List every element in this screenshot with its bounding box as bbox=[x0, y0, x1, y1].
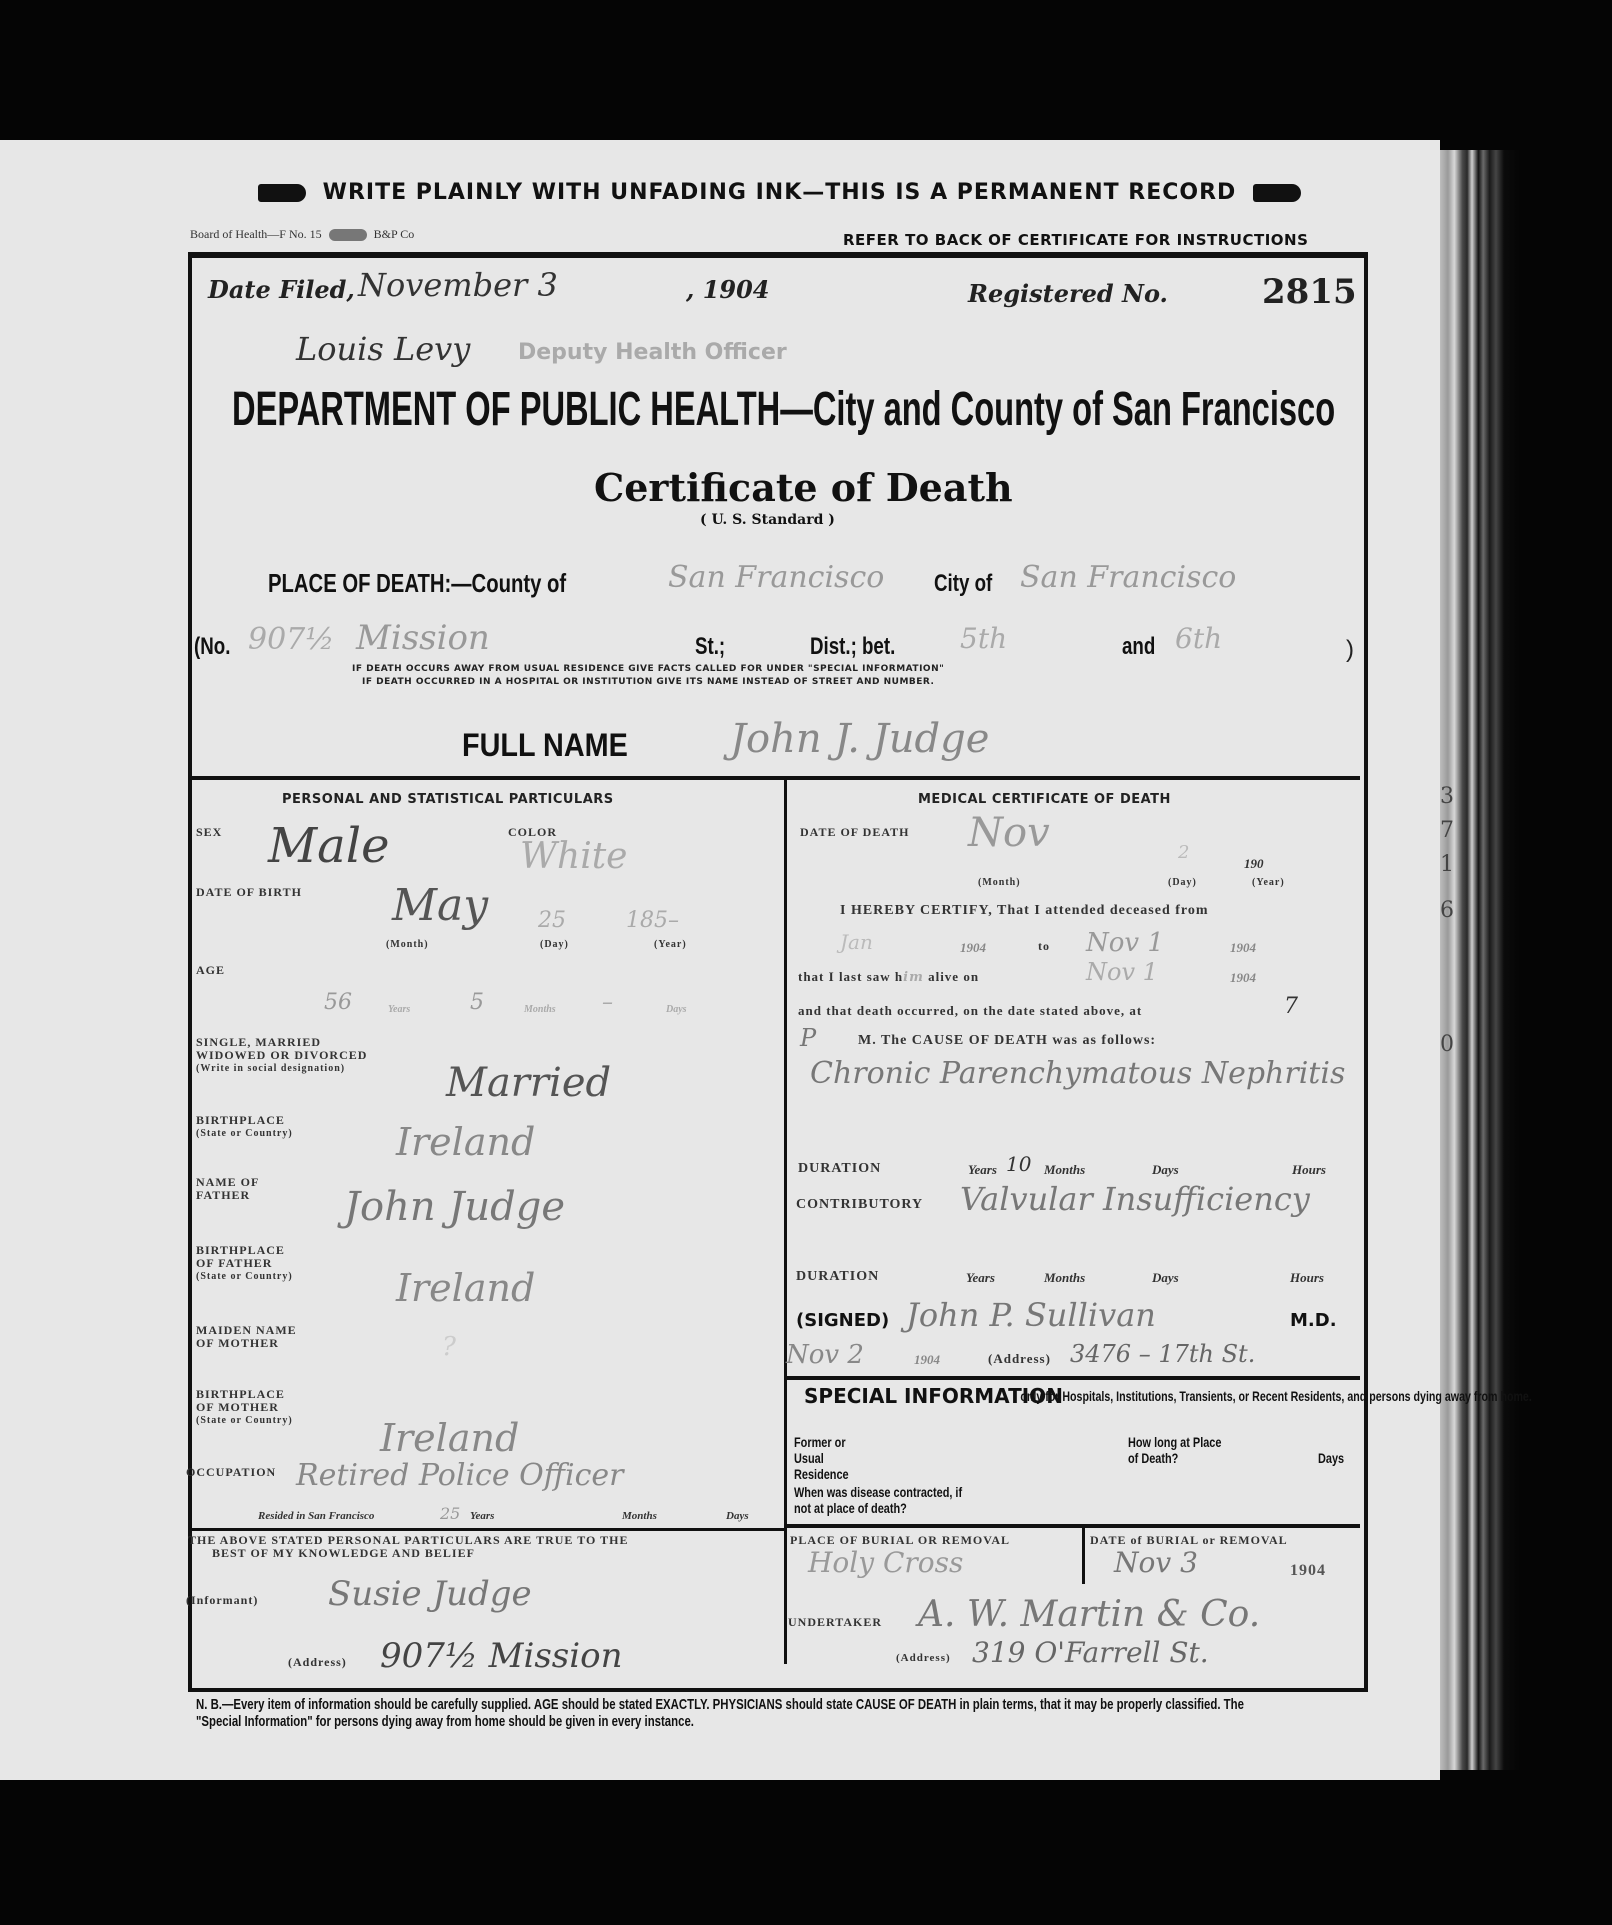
attended-to: Nov 1 bbox=[1086, 928, 1164, 958]
special-divider bbox=[784, 1376, 1360, 1380]
duration-months-value: 10 bbox=[1006, 1152, 1031, 1176]
date-of-death-day: 2 bbox=[1178, 842, 1189, 863]
burial-divider bbox=[784, 1524, 1360, 1528]
physician-signature: John P. Sullivan bbox=[906, 1296, 1156, 1334]
birthplace-label-line: BIRTHPLACE bbox=[196, 1114, 293, 1127]
signed-year: 1904 bbox=[914, 1352, 940, 1368]
age-days-caption: Days bbox=[666, 1004, 687, 1015]
date-filed-value: November 3 bbox=[358, 266, 558, 304]
mother-label-line: OF MOTHER bbox=[196, 1337, 297, 1350]
attended-from: Jan bbox=[840, 930, 873, 954]
district-label: Dist.; bet. bbox=[810, 633, 895, 661]
duration-2-days-caption: Days bbox=[1152, 1270, 1179, 1286]
and-label: and bbox=[1122, 633, 1155, 661]
date-of-death-year: 190 bbox=[1244, 856, 1264, 872]
form-id: Board of Health—F No. 15 B&P Co bbox=[190, 227, 414, 242]
registered-number: 2815 bbox=[1262, 272, 1357, 312]
city-value: San Francisco bbox=[1020, 560, 1236, 595]
margin-mark: 3 bbox=[1440, 780, 1470, 814]
union-label-icon bbox=[329, 229, 367, 241]
attended-to-year: 1904 bbox=[1230, 940, 1256, 956]
informant-label: (Informant) bbox=[186, 1594, 258, 1607]
street-number: 907½ bbox=[248, 622, 334, 657]
sex-value: Male bbox=[268, 818, 390, 874]
cause-of-death: Chronic Parenchymatous Nephritis bbox=[810, 1056, 1345, 1091]
last-saw-year: 1904 bbox=[1230, 970, 1256, 986]
dob-day-caption: (Day) bbox=[540, 938, 569, 951]
contributory-cause: Valvular Insufficiency bbox=[960, 1180, 1310, 1218]
dob-label: DATE OF BIRTH bbox=[196, 886, 302, 899]
margin-annotations: 3 7 1 6 0 bbox=[1440, 780, 1470, 1062]
between-street-1: 5th bbox=[960, 622, 1007, 655]
age-months-caption: Months bbox=[524, 1004, 556, 1015]
mother-name-label: MAIDEN NAME OF MOTHER bbox=[196, 1324, 297, 1350]
burial-column-divider bbox=[1082, 1528, 1085, 1584]
burial-place: Holy Cross bbox=[808, 1546, 963, 1579]
deputy-signature: Louis Levy bbox=[296, 330, 470, 368]
close-paren: ) bbox=[1346, 636, 1354, 664]
dod-year-caption: (Year) bbox=[1252, 876, 1285, 889]
between-street-2: 6th bbox=[1175, 622, 1222, 655]
certify-text: I HEREBY CERTIFY, That I attended deceas… bbox=[840, 904, 1209, 917]
certificate-title: Certificate of Death bbox=[594, 465, 1013, 510]
mother-birthplace-value: Ireland bbox=[380, 1416, 519, 1460]
time-of-death: 7 bbox=[1284, 994, 1298, 1019]
occupation-label: OCCUPATION bbox=[186, 1466, 276, 1479]
personal-heading: PERSONAL AND STATISTICAL PARTICULARS bbox=[282, 792, 614, 807]
street-name: Mission bbox=[356, 618, 490, 658]
mother-bp-label-line: OF MOTHER bbox=[196, 1401, 293, 1414]
duration-2-hours-caption: Hours bbox=[1290, 1270, 1324, 1286]
city-label: City of bbox=[934, 570, 992, 598]
attest-line: BEST OF MY KNOWLEDGE AND BELIEF bbox=[188, 1547, 628, 1560]
street-label: St.; bbox=[695, 633, 725, 661]
sex-label: SEX bbox=[196, 826, 222, 839]
attest-divider bbox=[190, 1528, 784, 1531]
pointing-hand-icon bbox=[258, 184, 306, 202]
duration-years-caption: Years bbox=[968, 1162, 997, 1178]
section-divider bbox=[190, 776, 1360, 780]
permanent-record-banner: WRITE PLAINLY WITH UNFADING INK—THIS IS … bbox=[250, 180, 1309, 205]
mother-name-value: ? bbox=[442, 1332, 456, 1362]
banner-text: WRITE PLAINLY WITH UNFADING INK—THIS IS … bbox=[323, 180, 1237, 205]
md-label: M.D. bbox=[1290, 1310, 1337, 1331]
alive-on-text: alive on bbox=[928, 969, 979, 984]
special-subheading: only for Hospitals, Institutions, Transi… bbox=[800, 1388, 1568, 1405]
marital-label-line: (Write in social designation) bbox=[196, 1062, 367, 1075]
father-name-value: John Judge bbox=[344, 1184, 565, 1230]
dob-day: 25 bbox=[538, 908, 566, 933]
county-value: San Francisco bbox=[668, 560, 884, 595]
contracted-label: When was disease contracted, if not at p… bbox=[794, 1484, 966, 1516]
resided-months-caption: Months bbox=[622, 1510, 657, 1522]
age-years: 56 bbox=[324, 990, 352, 1015]
pointing-hand-icon bbox=[1253, 184, 1301, 202]
dob-year-caption: (Year) bbox=[654, 938, 687, 951]
full-name-value: John J. Judge bbox=[730, 716, 989, 762]
dob-month: May bbox=[392, 880, 488, 931]
birthplace-label-line: (State or Country) bbox=[196, 1127, 293, 1140]
us-standard: ( U. S. Standard ) bbox=[700, 512, 835, 528]
last-saw-label: that I last saw him alive on bbox=[798, 970, 979, 984]
burial-date: Nov 3 bbox=[1114, 1546, 1198, 1579]
resided-label: Resided in San Francisco bbox=[258, 1510, 374, 1522]
date-of-death-month: Nov bbox=[968, 810, 1050, 856]
residence-note: IF DEATH OCCURS AWAY FROM USUAL RESIDENC… bbox=[352, 664, 944, 674]
last-saw-date: Nov 1 bbox=[1086, 958, 1158, 986]
occurred-text: and that death occurred, on the date sta… bbox=[798, 1004, 1142, 1017]
father-bp-label-line: (State or Country) bbox=[196, 1270, 293, 1283]
color-value: White bbox=[520, 836, 627, 877]
street-no-label: (No. bbox=[194, 633, 230, 661]
attestation: THE ABOVE STATED PERSONAL PARTICULARS AR… bbox=[188, 1534, 628, 1560]
resided-years: 25 bbox=[440, 1504, 460, 1523]
physician-address: 3476 – 17th St. bbox=[1070, 1340, 1255, 1368]
dod-day-caption: (Day) bbox=[1168, 876, 1197, 889]
duration-days-caption: Days bbox=[1152, 1162, 1179, 1178]
date-filed-label: Date Filed, bbox=[208, 275, 355, 304]
marital-value: Married bbox=[446, 1060, 611, 1106]
meridian: P bbox=[800, 1024, 816, 1052]
father-birthplace-label: BIRTHPLACE OF FATHER (State or Country) bbox=[196, 1244, 293, 1283]
age-days: – bbox=[602, 990, 613, 1015]
registered-label: Registered No. bbox=[968, 279, 1168, 308]
father-birthplace-value: Ireland bbox=[396, 1266, 535, 1310]
margin-mark: 7 bbox=[1440, 814, 1470, 848]
undertaker-address: 319 O'Farrell St. bbox=[972, 1636, 1209, 1669]
column-divider bbox=[784, 780, 787, 1664]
form-number: Board of Health—F No. 15 bbox=[190, 227, 322, 241]
physician-address-label: (Address) bbox=[988, 1352, 1051, 1365]
how-long-label: How long at Place of Death? bbox=[1128, 1434, 1222, 1466]
deputy-title: Deputy Health Officer bbox=[518, 340, 787, 365]
dob-year: 185– bbox=[626, 908, 679, 933]
occupation-value: Retired Police Officer bbox=[296, 1458, 623, 1493]
dob-month-caption: (Month) bbox=[386, 938, 429, 951]
duration-2-label: DURATION bbox=[796, 1270, 879, 1283]
mother-bp-label-line: (State or Country) bbox=[196, 1414, 293, 1427]
full-name-label: FULL NAME bbox=[462, 727, 628, 764]
cause-text: M. The CAUSE OF DEATH was as follows: bbox=[858, 1034, 1156, 1047]
date-filed-year: , 1904 bbox=[686, 275, 770, 304]
informant-value: Susie Judge bbox=[328, 1574, 532, 1614]
informant-address-value: 907½ Mission bbox=[380, 1636, 622, 1676]
margin-mark: 6 bbox=[1440, 894, 1470, 928]
undertaker-value: A. W. Martin & Co. bbox=[918, 1594, 1260, 1635]
duration-months-caption: Months bbox=[1044, 1162, 1085, 1178]
duration-hours-caption: Hours bbox=[1292, 1162, 1326, 1178]
dod-month-caption: (Month) bbox=[978, 876, 1021, 889]
marital-label-line: WIDOWED OR DIVORCED bbox=[196, 1049, 367, 1062]
place-of-death-label: PLACE OF DEATH:—County of bbox=[268, 568, 566, 599]
informant-address-label: (Address) bbox=[288, 1656, 347, 1669]
father-name-label: NAME OF FATHER bbox=[196, 1176, 259, 1202]
duration-2-years-caption: Years bbox=[966, 1270, 995, 1286]
birthplace-label: BIRTHPLACE (State or Country) bbox=[196, 1114, 293, 1140]
father-label-line: FATHER bbox=[196, 1189, 259, 1202]
former-residence-label: Former or Usual Residence bbox=[794, 1434, 864, 1482]
undertaker-label: UNDERTAKER bbox=[788, 1616, 882, 1629]
signed-label: (SIGNED) bbox=[796, 1310, 889, 1331]
age-years-caption: Years bbox=[388, 1004, 410, 1015]
last-saw-text: that I last saw h bbox=[798, 969, 903, 984]
undertaker-address-label: (Address) bbox=[896, 1652, 951, 1665]
resided-days-caption: Days bbox=[726, 1510, 749, 1522]
duration-label: DURATION bbox=[798, 1162, 881, 1175]
printer-mark: B&P Co bbox=[374, 227, 415, 241]
instructions-note: REFER TO BACK OF CERTIFICATE FOR INSTRUC… bbox=[843, 231, 1308, 249]
resided-years-caption: Years bbox=[470, 1510, 494, 1522]
birthplace-value: Ireland bbox=[396, 1120, 535, 1164]
age-label: AGE bbox=[196, 964, 225, 977]
margin-mark: 0 bbox=[1440, 1028, 1470, 1062]
contributory-label: CONTRIBUTORY bbox=[796, 1198, 923, 1211]
footnote: N. B.—Every item of information should b… bbox=[196, 1696, 1260, 1730]
marital-label: SINGLE, MARRIED WIDOWED OR DIVORCED (Wri… bbox=[196, 1036, 367, 1075]
duration-2-months-caption: Months bbox=[1044, 1270, 1085, 1286]
signed-date: Nov 2 bbox=[786, 1340, 864, 1370]
medical-heading: MEDICAL CERTIFICATE OF DEATH bbox=[918, 792, 1171, 807]
how-long-days-label: Days bbox=[1318, 1450, 1344, 1466]
department-title: DEPARTMENT OF PUBLIC HEALTH—City and Cou… bbox=[232, 382, 1335, 437]
margin-mark: 1 bbox=[1440, 848, 1470, 882]
last-saw-pronoun: im bbox=[903, 970, 924, 985]
burial-year: 1904 bbox=[1290, 1564, 1326, 1577]
date-of-death-label: DATE OF DEATH bbox=[800, 826, 909, 839]
age-months: 5 bbox=[470, 990, 484, 1015]
hospital-note: IF DEATH OCCURRED IN A HOSPITAL OR INSTI… bbox=[362, 677, 934, 687]
father-bp-label-line: OF FATHER bbox=[196, 1257, 293, 1270]
attended-from-year: 1904 bbox=[960, 940, 986, 956]
mother-birthplace-label: BIRTHPLACE OF MOTHER (State or Country) bbox=[196, 1388, 293, 1427]
to-label: to bbox=[1038, 940, 1050, 953]
